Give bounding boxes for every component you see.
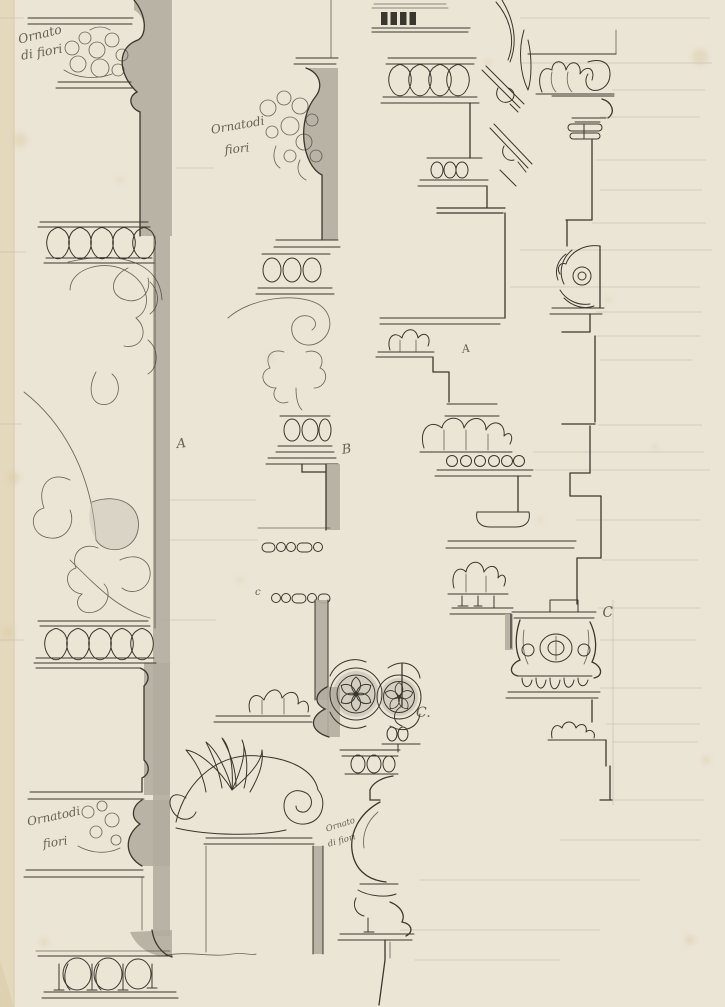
annotation-letter-a-small: A	[461, 343, 471, 355]
annotation-letter-c-lower: c	[255, 588, 261, 598]
cascade-center-right	[330, 4, 576, 1005]
egg-band-1	[256, 254, 334, 294]
leaf-dart-band-upper	[38, 222, 155, 263]
torus-block	[28, 668, 148, 799]
guilloche-rosettes	[330, 660, 421, 730]
drawing-sheet: Ornato di fiori Ornatodi fiori A B c A C…	[0, 0, 725, 1007]
annotation-letter-c-dot: C.	[416, 706, 431, 720]
dentil-band	[372, 12, 470, 32]
leaf-cymatium-2	[420, 404, 533, 476]
leaf-fragment-band	[214, 690, 312, 722]
ruled-pencil-lines	[0, 18, 712, 960]
annotation-letter-b: B	[341, 443, 352, 457]
annotation-letter-c-right: C	[602, 605, 614, 620]
wash-cyma-top	[122, 0, 172, 236]
wash-ovolo	[304, 68, 338, 240]
molding-strip-center	[164, 0, 340, 956]
palmette-scroll	[164, 738, 323, 956]
annotation-letter-a-left: A	[176, 437, 187, 451]
bottom-profile-run	[338, 750, 414, 1005]
acanthus-scroll-sketch	[24, 258, 162, 618]
leaf-cymatium-right	[528, 54, 616, 94]
ink-drawing	[0, 0, 725, 1007]
annotation-ornato-bottom-left-2: fiori	[42, 835, 68, 850]
leaf-cymatium-1	[381, 58, 479, 103]
paper-edge	[0, 0, 14, 1007]
leaf-dart-band-right	[548, 722, 606, 740]
cascade-right	[482, 0, 616, 800]
flower-frieze-sketch	[64, 27, 128, 77]
egg-band-2	[266, 416, 338, 464]
leaf-band-3	[448, 562, 513, 614]
volute-scroll-sketch	[228, 298, 330, 410]
frontal-modillion	[550, 246, 604, 314]
bead-and-reel-row-1	[262, 543, 323, 553]
modillion-brackets	[482, 66, 532, 186]
leaf-fragment-2	[376, 330, 434, 357]
paper-stains	[2, 49, 710, 946]
ornate-torus	[506, 600, 601, 698]
acanthus-tip-sketch	[496, 0, 531, 90]
annotation-ornato-mid-2: fiori	[224, 141, 250, 156]
leaf-dart-band-lower	[34, 621, 156, 663]
